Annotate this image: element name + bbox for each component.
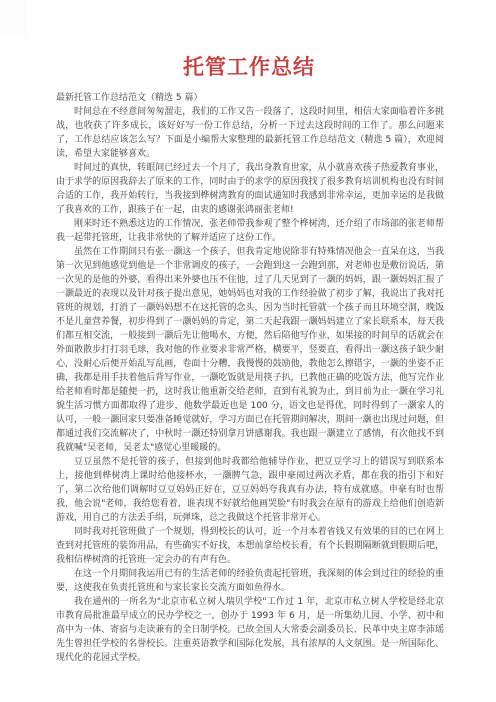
- paragraph-child-story: 虽然在工作期间只有张一灏这一个孩子，但我肯定地说除非有特殊情况他会一直呆在这，当…: [56, 245, 444, 455]
- paragraph-plan: 同时我对托管班做了一个规划，得到校长的认可，近一个月本着省钱又有效果的目的已在网…: [56, 525, 444, 567]
- paragraph-intro: 时间总在不经意间匆匆溜走，我们的工作又告一段落了，这段时间里，相信大家面临着许多…: [56, 105, 444, 161]
- paragraph-first-month: 时间过的真快，转眼间已经过去一个月了，我出身教育世家，从小就喜欢孩子热爱教育事业…: [56, 161, 444, 217]
- paragraph-doudou: 豆豆虽然不是托管的孩子，但接到他时我都给他辅导作业，把豆豆学习上的错误写到联系本…: [56, 455, 444, 525]
- paragraph-orientation: 刚来时还不熟悉这边的工作情况，张老师带我参观了整个桦树湾，还介绍了市场部的张老师…: [56, 217, 444, 245]
- document-page: 托管工作总结 最新托管工作总结范文（精选 5 篇） 时间总在不经意间匆匆溜走，我…: [0, 0, 496, 702]
- corner-artifact: [0, 0, 27, 36]
- article-subtitle: 最新托管工作总结范文（精选 5 篇）: [56, 91, 444, 105]
- page-title: 托管工作总结: [56, 52, 442, 82]
- paragraph-experience: 在这一个月期间我运用已有的生活老师的经验负责起托管班，我深刻的体会到过往的经验的…: [56, 567, 444, 595]
- article-body: 最新托管工作总结范文（精选 5 篇） 时间总在不经意间匆匆溜走，我们的工作又告一…: [56, 91, 444, 665]
- paragraph-school-history: 我在通州的一所名为"北京市私立树人瑞贝学校"工作过 1 年，北京市私立树人学校是…: [56, 595, 444, 665]
